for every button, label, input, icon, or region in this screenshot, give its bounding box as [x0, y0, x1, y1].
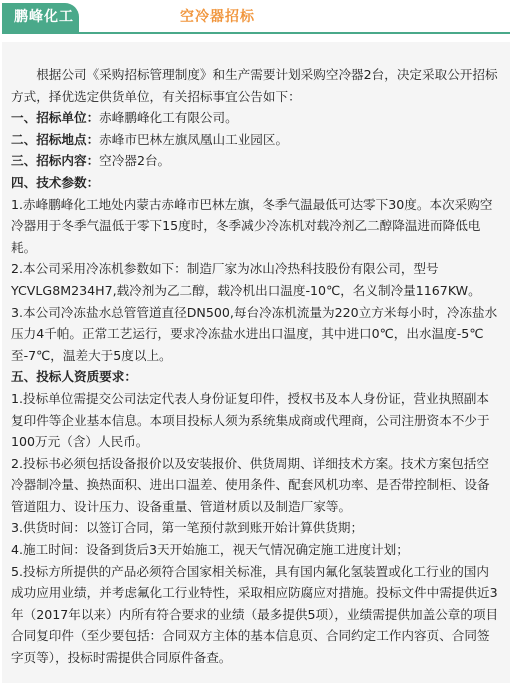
section-1: 一、招标单位：赤峰鹏峰化工有限公司。 [11, 107, 499, 129]
section-1-value: 赤峰鹏峰化工有限公司。 [99, 110, 238, 125]
qualification-item: 5.投标方所提供的产品必须符合国家相关标准，具有国内氟化氢装置或化工行业的国内成… [11, 561, 499, 669]
section-3-value: 空冷器2台。 [99, 153, 170, 168]
article-content: 根据公司《采购招标管理制度》和生产需要计划采购空冷器2台，决定采取公开招标方式，… [11, 42, 499, 669]
section-2-label: 二、招标地点： [11, 132, 99, 147]
section-1-label: 一、招标单位： [11, 110, 99, 125]
qualification-item: 1.投标单位需提交公司法定代表人身份证复印件，授权书及本人身份证，营业执照副本复… [11, 388, 499, 453]
page-title: 空冷器招标 [180, 3, 255, 32]
section-2-value: 赤峰市巴林左旗凤凰山工业园区。 [99, 132, 288, 147]
brand-tab[interactable]: 鹏峰化工 [2, 3, 79, 32]
qualification-item: 3.供货时间：以签订合同，第一笔预付款到账开始计算供货期； [11, 517, 499, 539]
intro-paragraph: 根据公司《采购招标管理制度》和生产需要计划采购空冷器2台，决定采取公开招标方式，… [11, 64, 499, 107]
qualification-item: 4.施工时间：设备到货后3天开始施工，视天气情况确定施工进度计划； [11, 539, 499, 561]
section-3-label: 三、招标内容： [11, 153, 99, 168]
section-2: 二、招标地点：赤峰市巴林左旗凤凰山工业园区。 [11, 129, 499, 151]
section-3: 三、招标内容：空冷器2台。 [11, 150, 499, 172]
section-5-heading: 五、投标人资质要求： [11, 366, 499, 388]
tech-param-item: 2.本公司采用冷冻机参数如下：制造厂家为冰山冷热科技股份有限公司，型号YCVLG… [11, 258, 499, 301]
tech-param-item: 1.赤峰鹏峰化工地处内蒙古赤峰市巴林左旗，冬季气温最低可达零下30度。本次采购空… [11, 194, 499, 259]
article-header: 鹏峰化工 空冷器招标 [2, 0, 510, 34]
tech-param-item: 3.本公司冷冻盐水总管管道直径DN500,每台冷冻机流量为220立方米每小时，冷… [11, 302, 499, 367]
qualification-item: 2.投标书必须包括设备报价以及安装报价、供货周期、详细技术方案。技术方案包括空冷… [11, 453, 499, 518]
spacer [11, 42, 499, 64]
section-4-heading: 四、技术参数： [11, 172, 499, 194]
